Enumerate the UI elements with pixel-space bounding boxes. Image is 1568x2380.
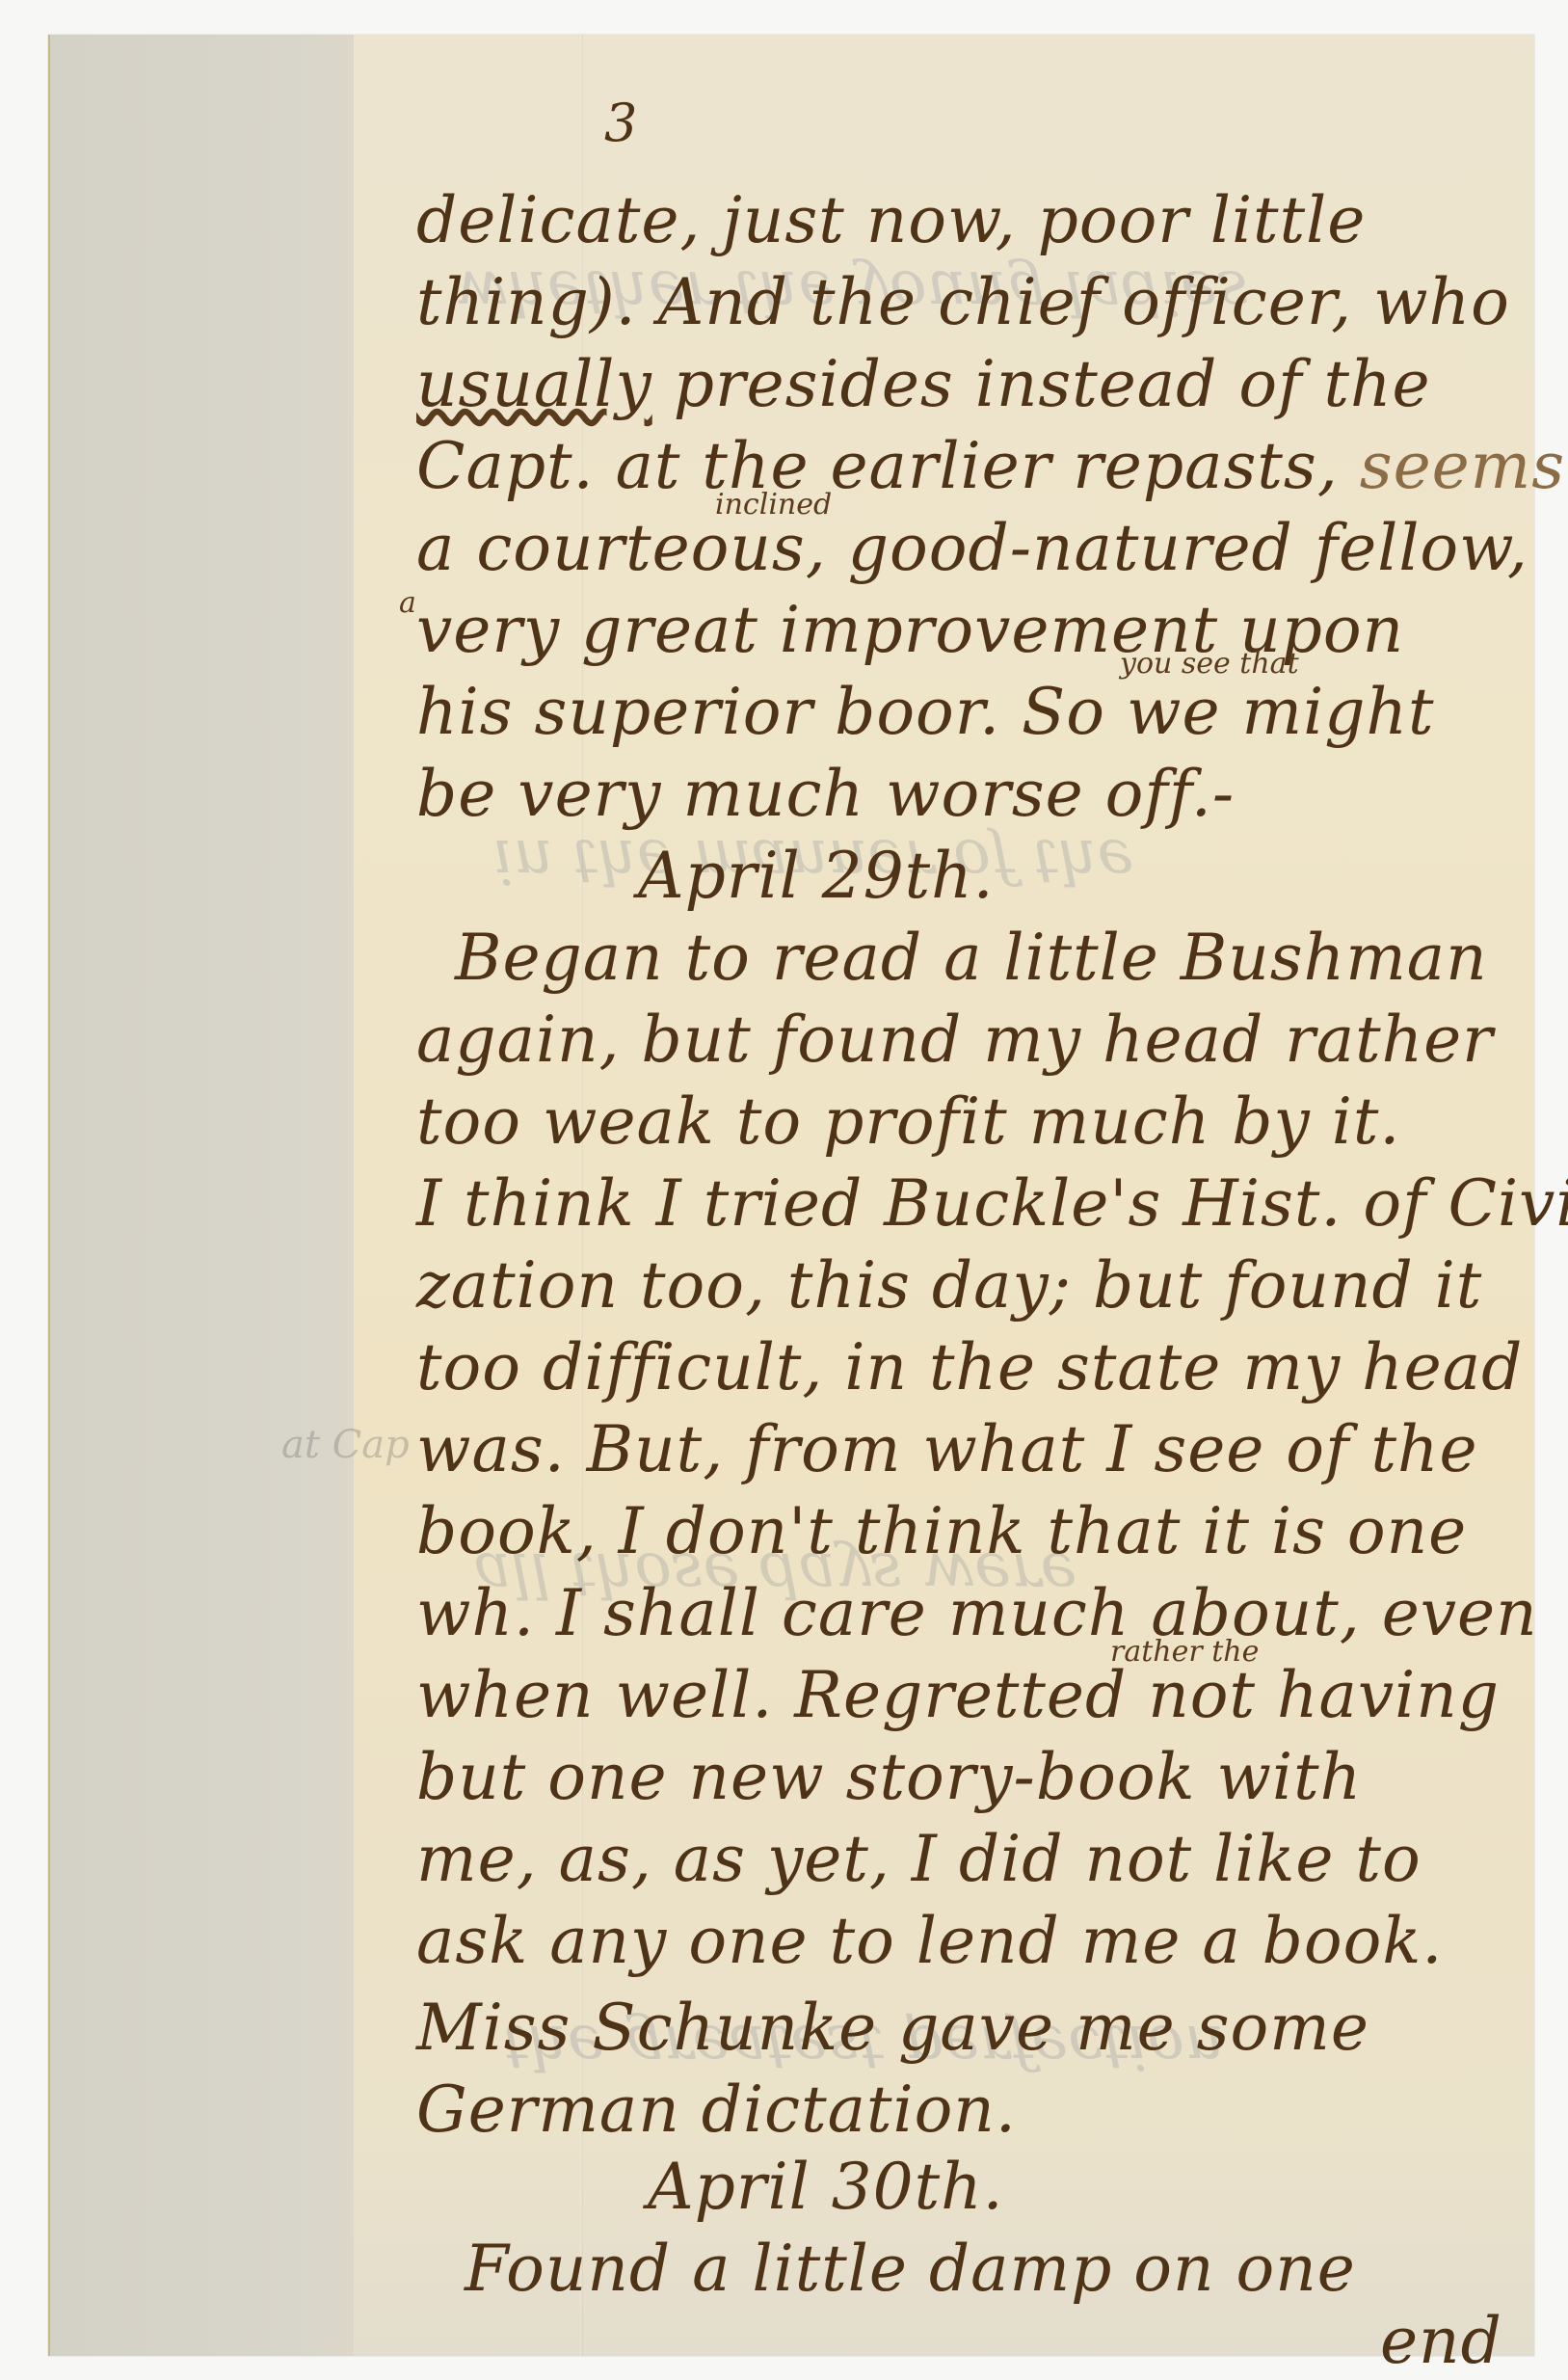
underlined-word: usually bbox=[416, 347, 652, 421]
letter-page: whether the young ladies in the manner o… bbox=[48, 35, 1534, 2356]
text-line: Capt. at the earlier repasts, seems bbox=[416, 435, 1565, 498]
date-heading: April 29th. bbox=[638, 844, 995, 908]
text-line: but one new story-book with bbox=[416, 1746, 1362, 1809]
text-line: be very much worse off.- bbox=[416, 762, 1235, 826]
date-heading: April 30th. bbox=[648, 2155, 1004, 2219]
margin-note-ghost: at Cap bbox=[281, 1423, 410, 1467]
text-line: Miss Schunke gave me some bbox=[416, 1996, 1369, 2060]
page-number: 3 bbox=[604, 93, 637, 153]
text-line: too difficult, in the state my head bbox=[416, 1336, 1523, 1400]
text-line: thing). And the chief officer, who bbox=[416, 271, 1510, 334]
text-line: when well. Regretted not having bbox=[416, 1664, 1500, 1727]
text-line: was. But, from what I see of the bbox=[416, 1418, 1478, 1482]
catchword: end bbox=[1380, 2310, 1502, 2373]
text-line: his superior boor. So we might bbox=[416, 681, 1434, 744]
text-line: zation too, this day; but found it bbox=[416, 1254, 1482, 1318]
text-line: usually presides instead of the bbox=[416, 353, 1431, 416]
text-line: German dictation. bbox=[416, 2078, 1017, 2142]
text-line: me, as, as yet, I did not like to bbox=[416, 1828, 1422, 1891]
text-line: delicate, just now, poor little bbox=[416, 189, 1366, 253]
text-line: Found a little damp on one bbox=[465, 2237, 1356, 2301]
paper-left-strip bbox=[50, 35, 354, 2356]
text-line: book, I don't think that it is one bbox=[416, 1500, 1467, 1564]
text-line: Began to read a little Bushman bbox=[455, 926, 1488, 990]
text-line: ask any one to lend me a book. bbox=[416, 1910, 1443, 1973]
faded-word: seems bbox=[1339, 429, 1565, 503]
text-line: a courteous, good-natured fellow, bbox=[416, 517, 1528, 580]
text-line: wh. I shall care much about, even bbox=[416, 1582, 1538, 1645]
text-line: too weak to profit much by it. bbox=[416, 1090, 1400, 1154]
text-line: again, but found my head rather bbox=[416, 1008, 1494, 1072]
text-line: I think I tried Buckle's Hist. of Civili… bbox=[416, 1172, 1568, 1236]
interlinear-insertion: a bbox=[399, 586, 416, 620]
